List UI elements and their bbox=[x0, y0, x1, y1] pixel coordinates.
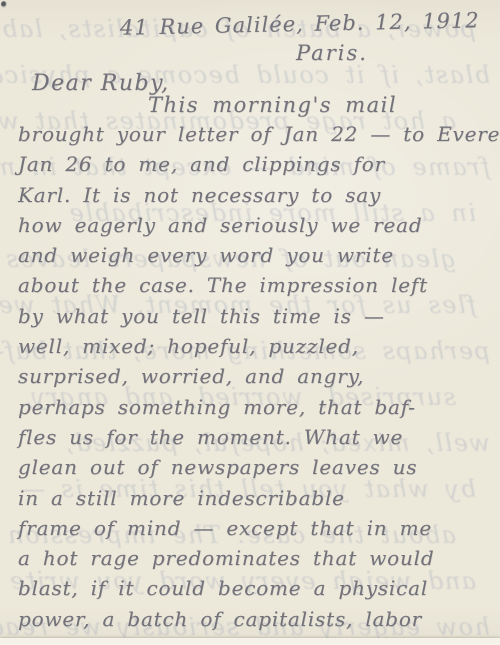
letter-line: a hot rage predominates that would bbox=[18, 543, 488, 573]
paper-bottom-edge bbox=[0, 638, 500, 645]
letter-line: surprised, worried, and angry, bbox=[18, 361, 488, 391]
letter-line: by what you tell this time is — bbox=[18, 301, 488, 331]
letter-line: how eagerly and seriously we read bbox=[18, 210, 488, 240]
letter-line: Jan 26 to me, and clippings for bbox=[18, 149, 488, 179]
letter-line: fles us for the moment. What we bbox=[18, 422, 488, 452]
letter-line: about the case. The impression left bbox=[18, 270, 488, 300]
letter-line: perhaps something more, that baf- bbox=[18, 392, 488, 422]
letter-line: brought your letter of Jan 22 — to Evere… bbox=[18, 119, 488, 149]
letter-line: Karl. It is not necessary to say bbox=[18, 180, 488, 210]
letter-line: glean out of newspapers leaves us bbox=[18, 452, 488, 482]
letter-page: power, a batch of capitalists, laborblas… bbox=[0, 0, 500, 645]
letter-body: brought your letter of Jan 22 — to Evere… bbox=[18, 119, 488, 634]
letter-line: in a still more indescribable bbox=[18, 483, 488, 513]
place-line: Paris. bbox=[296, 41, 368, 65]
letter-line: power, a batch of capitalists, labor bbox=[18, 604, 488, 634]
opening-line: This morning's mail bbox=[148, 93, 397, 117]
letter-line: blast, if it could become a physical bbox=[18, 573, 488, 603]
address-date-line: 41 Rue Galilée, Feb. 12, 1912 bbox=[120, 8, 480, 40]
letter-line: and weigh every word you write bbox=[18, 240, 488, 270]
ink-layer: 41 Rue Galilée, Feb. 12, 1912 Paris. Dea… bbox=[0, 0, 500, 645]
letter-line: well, mixed; hopeful, puzzled, bbox=[18, 331, 488, 361]
letter-line: frame of mind — except that in me bbox=[18, 513, 488, 543]
corner-mark bbox=[1, 1, 7, 8]
